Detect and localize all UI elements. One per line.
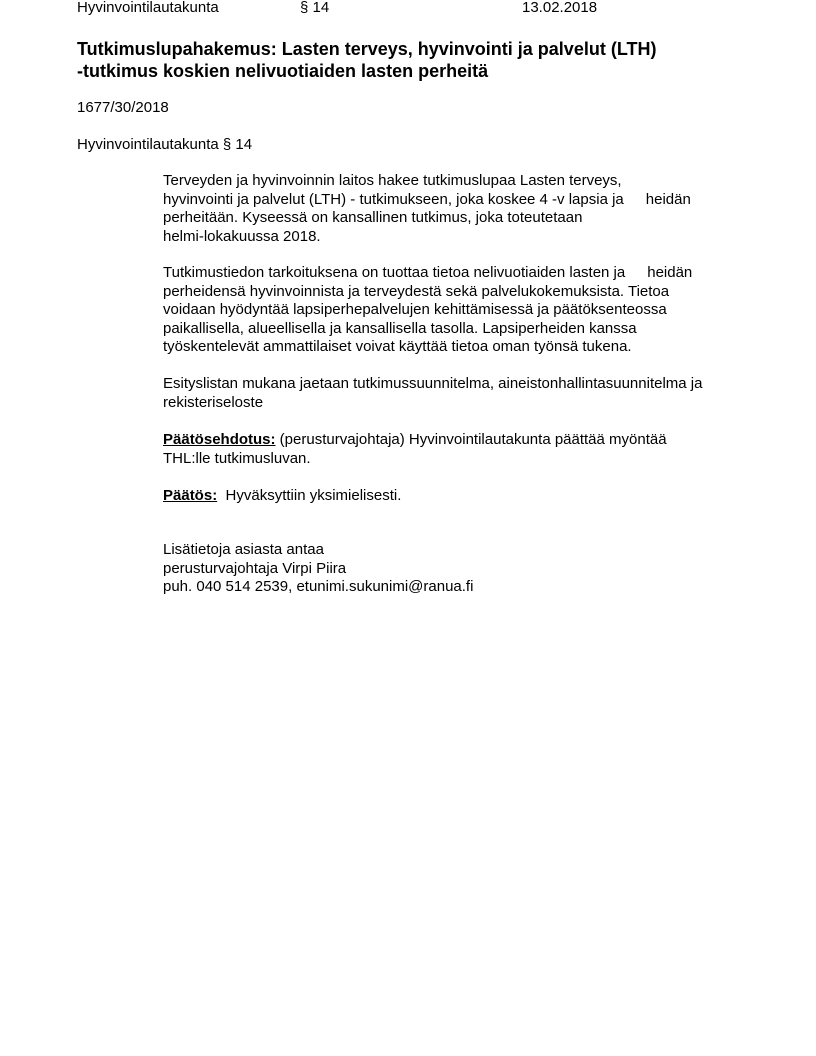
header-date: 13.02.2018 [522, 0, 597, 17]
text-line: perheitään. Kyseessä on kansallinen tutk… [163, 209, 691, 228]
document-title: Tutkimuslupahakemus: Lasten terveys, hyv… [77, 38, 656, 82]
contact-info: Lisätietoja asiasta antaa perusturvajoht… [163, 541, 473, 597]
text-line: rekisteriseloste [163, 394, 702, 413]
text-line: hyvinvointi ja palvelut (LTH) - tutkimuk… [163, 191, 691, 210]
text-span: heidän [646, 191, 691, 208]
text-line: Tutkimustiedon tarkoituksena on tuottaa … [163, 264, 692, 283]
proposal-label: Päätösehdotus: [163, 431, 276, 448]
text-line: perusturvajohtaja Virpi Piira [163, 560, 473, 579]
title-line-2: -tutkimus koskien nelivuotiaiden lasten … [77, 60, 656, 82]
text-line: helmi-lokakuussa 2018. [163, 228, 691, 247]
decision: Päätös: Hyväksyttiin yksimielisesti. [163, 487, 401, 506]
text-span: hyvinvointi ja palvelut (LTH) - tutkimuk… [163, 191, 624, 208]
text-line: Terveyden ja hyvinvoinnin laitos hakee t… [163, 172, 691, 191]
paragraph-2: Tutkimustiedon tarkoituksena on tuottaa … [163, 264, 692, 357]
decision-text: Hyväksyttiin yksimielisesti. [226, 487, 402, 504]
text-line: THL:lle tutkimusluvan. [163, 450, 667, 469]
text-line: perheidensä hyvinvoinnista ja terveydest… [163, 283, 692, 302]
paragraph-3: Esityslistan mukana jaetaan tutkimussuun… [163, 375, 702, 412]
section-reference: Hyvinvointilautakunta § 14 [77, 136, 252, 153]
proposal-text: (perusturvajohtaja) Hyvinvointilautakunt… [276, 431, 667, 448]
decision-proposal: Päätösehdotus: (perusturvajohtaja) Hyvin… [163, 431, 667, 468]
decision-label: Päätös: [163, 487, 217, 504]
text-line: Esityslistan mukana jaetaan tutkimussuun… [163, 375, 702, 394]
record-number: 1677/30/2018 [77, 99, 169, 116]
text-line: Päätösehdotus: (perusturvajohtaja) Hyvin… [163, 431, 667, 450]
text-line: paikallisella, alueellisella ja kansalli… [163, 320, 692, 339]
header-section: § 14 [300, 0, 329, 17]
text-span: Tutkimustiedon tarkoituksena on tuottaa … [163, 264, 625, 281]
text-line: Lisätietoja asiasta antaa [163, 541, 473, 560]
text-line: voidaan hyödyntää lapsiperhepalvelujen k… [163, 301, 692, 320]
paragraph-1: Terveyden ja hyvinvoinnin laitos hakee t… [163, 172, 691, 246]
title-line-1: Tutkimuslupahakemus: Lasten terveys, hyv… [77, 38, 656, 60]
text-span: heidän [647, 264, 692, 281]
header-committee: Hyvinvointilautakunta [77, 0, 219, 17]
text-line: työskentelevät ammattilaiset voivat käyt… [163, 338, 692, 357]
text-line: puh. 040 514 2539, etunimi.sukunimi@ranu… [163, 578, 473, 597]
